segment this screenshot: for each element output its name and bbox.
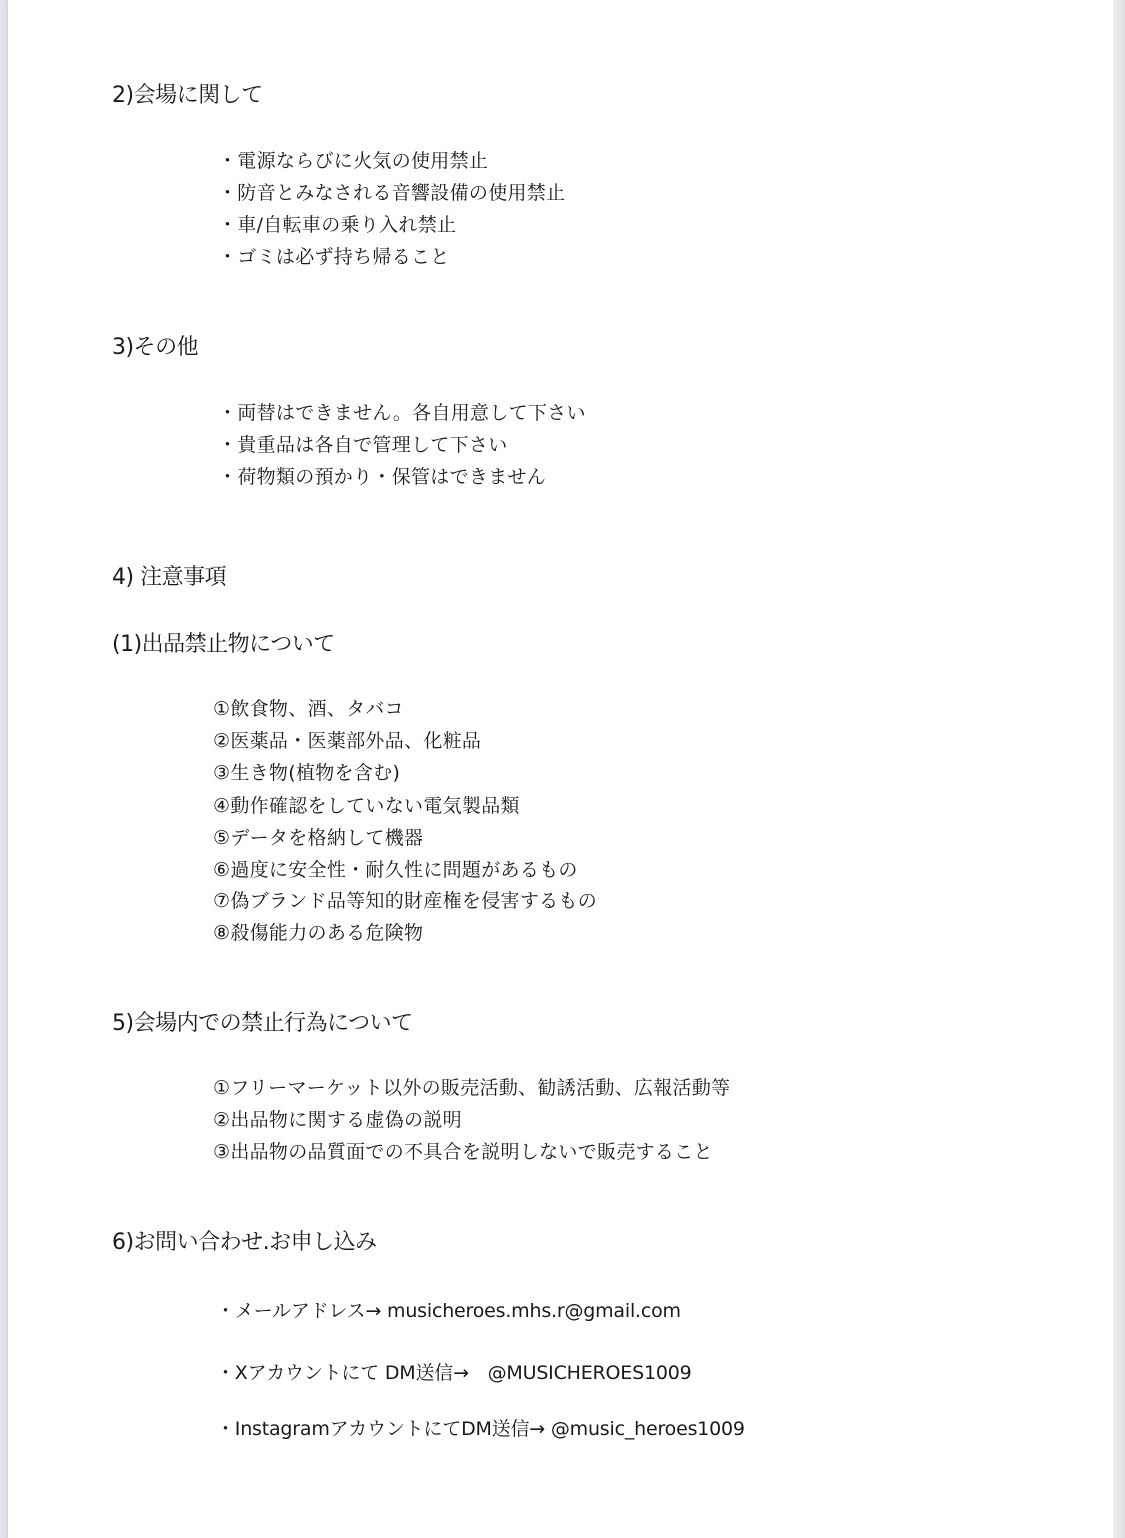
- subsection-heading-prohibited-items: (1)出品禁止物について: [112, 627, 335, 658]
- list-item: ・荷物類の預かり・保管はできません: [218, 462, 546, 489]
- contact-email: ・メールアドレス→ musicheroes.mhs.r@gmail.com: [216, 1296, 681, 1323]
- list-item: ⑦偽ブランド品等知的財産権を侵害するもの: [213, 886, 597, 913]
- list-item: ②医薬品・医薬部外品、化粧品: [213, 726, 481, 753]
- list-item: ③出品物の品質面での不具合を説明しないで販売すること: [213, 1137, 713, 1164]
- list-item: ①フリーマーケット以外の販売活動、勧誘活動、広報活動等: [213, 1073, 730, 1100]
- list-item: ⑥過度に安全性・耐久性に問題があるもの: [213, 855, 578, 882]
- section-heading-venue: 2)会場に関して: [112, 78, 263, 109]
- section-heading-other: 3)その他: [112, 330, 198, 361]
- section-heading-notes: 4) 注意事項: [112, 560, 226, 591]
- list-item: ・電源ならびに火気の使用禁止: [218, 146, 488, 173]
- contact-instagram-label: ・InstagramアカウントにてDM送信→: [216, 1418, 551, 1440]
- list-item: ・ゴミは必ず持ち帰ること: [218, 242, 450, 269]
- list-item: ・車/自転車の乗り入れ禁止: [218, 210, 456, 237]
- instagram-handle[interactable]: @music_heroes1009: [551, 1418, 745, 1440]
- list-item: ③生き物(植物を含む): [213, 758, 400, 785]
- list-item: ②出品物に関する虚偽の説明: [213, 1105, 462, 1132]
- list-item: ①飲食物、酒、タバコ: [213, 694, 404, 721]
- list-item: ④動作確認をしていない電気製品類: [213, 791, 520, 818]
- contact-email-label: ・メールアドレス→: [216, 1300, 387, 1322]
- list-item: ⑤データを格納して機器: [213, 823, 423, 850]
- x-handle[interactable]: @MUSICHEROES1009: [488, 1362, 692, 1384]
- contact-x-label: ・Xアカウントにて DM送信→: [216, 1362, 488, 1384]
- page-gutter-right: [1113, 0, 1125, 1538]
- list-item: ・貴重品は各自で管理して下さい: [218, 430, 508, 457]
- section-heading-prohibited-acts: 5)会場内での禁止行為について: [112, 1006, 413, 1037]
- list-item: ・防音とみなされる音響設備の使用禁止: [218, 178, 565, 205]
- page-gutter-left: [0, 0, 8, 1538]
- contact-instagram: ・InstagramアカウントにてDM送信→ @music_heroes1009: [216, 1414, 745, 1441]
- contact-x: ・Xアカウントにて DM送信→ @MUSICHEROES1009: [216, 1358, 692, 1385]
- list-item: ・両替はできません。各自用意して下さい: [218, 398, 586, 425]
- email-address[interactable]: musicheroes.mhs.r@gmail.com: [387, 1300, 681, 1322]
- section-heading-contact: 6)お問い合わせ.お申し込み: [112, 1225, 377, 1256]
- list-item: ⑧殺傷能力のある危険物: [213, 918, 423, 945]
